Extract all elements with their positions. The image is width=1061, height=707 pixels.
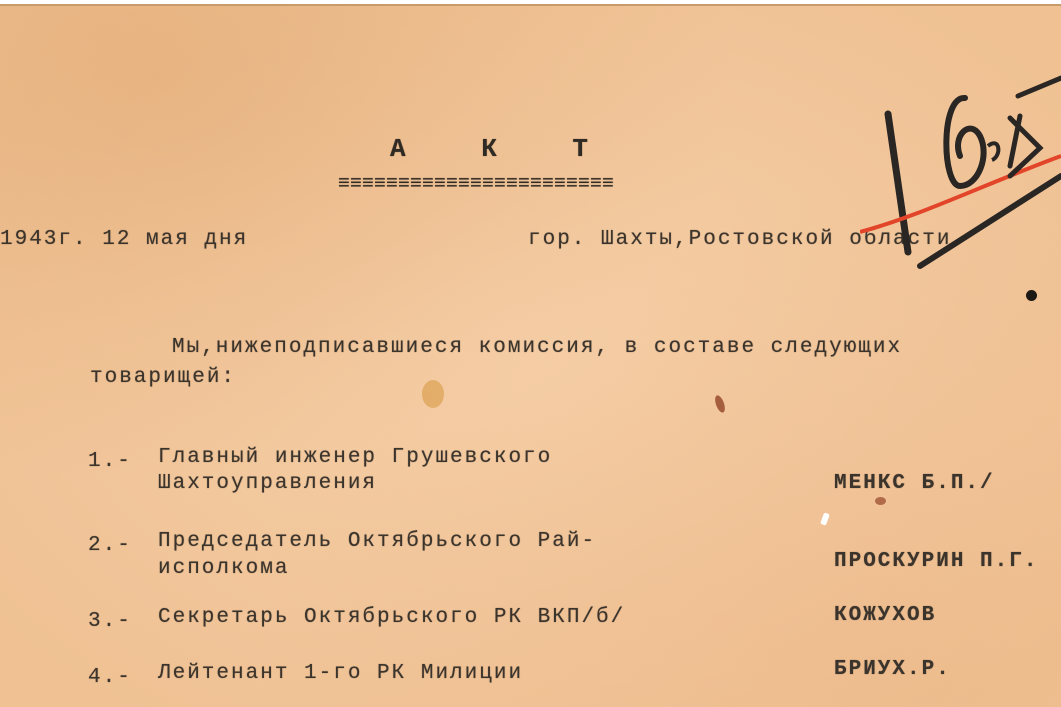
stain: [713, 394, 727, 414]
member-4-name: БРИУХ.Р.: [834, 658, 951, 681]
member-1-number: 1.-: [88, 450, 132, 473]
member-1-name: МЕНКС Б.П./: [834, 472, 995, 495]
member-3-number: 3.-: [88, 610, 132, 633]
title-underline: ≡≡≡≡≡≡≡≡≡≡≡≡≡≡≡≡≡≡≡≡≡≡≡: [338, 173, 614, 196]
member-3-position: Секретарь Октябрьского РК ВКП/б/: [158, 606, 625, 629]
stain: [875, 497, 886, 505]
member-1-position-cont: Шахтоуправления: [158, 472, 377, 495]
member-4-number: 4.-: [88, 666, 132, 689]
member-1-position: Главный инженер Грушевского: [158, 446, 552, 469]
member-2-number: 2.-: [88, 534, 132, 557]
date-line: 1943г. 12 мая дня: [0, 228, 248, 251]
member-2-position: Председатель Октябрьского Рай-: [158, 530, 596, 553]
handwritten-annotation-icon: [860, 56, 1061, 276]
intro-line-1: Мы,нижеподписавшиеся комиссия, в составе…: [172, 336, 902, 359]
member-3-name: КОЖУХОВ: [834, 604, 936, 627]
paper-scratch: [820, 512, 830, 525]
stain: [422, 380, 444, 408]
document-page: А К Т ≡≡≡≡≡≡≡≡≡≡≡≡≡≡≡≡≡≡≡≡≡≡≡ 1943г. 12 …: [0, 4, 1061, 707]
member-2-name: ПРОСКУРИН П.Г.: [834, 550, 1038, 573]
ink-dot: [1026, 290, 1037, 301]
document-title: А К Т: [390, 134, 618, 164]
member-2-position-cont: исполкома: [158, 557, 289, 580]
member-4-position: Лейтенант 1-го РК Милиции: [158, 662, 523, 685]
intro-line-2: товарищей:: [90, 366, 236, 389]
